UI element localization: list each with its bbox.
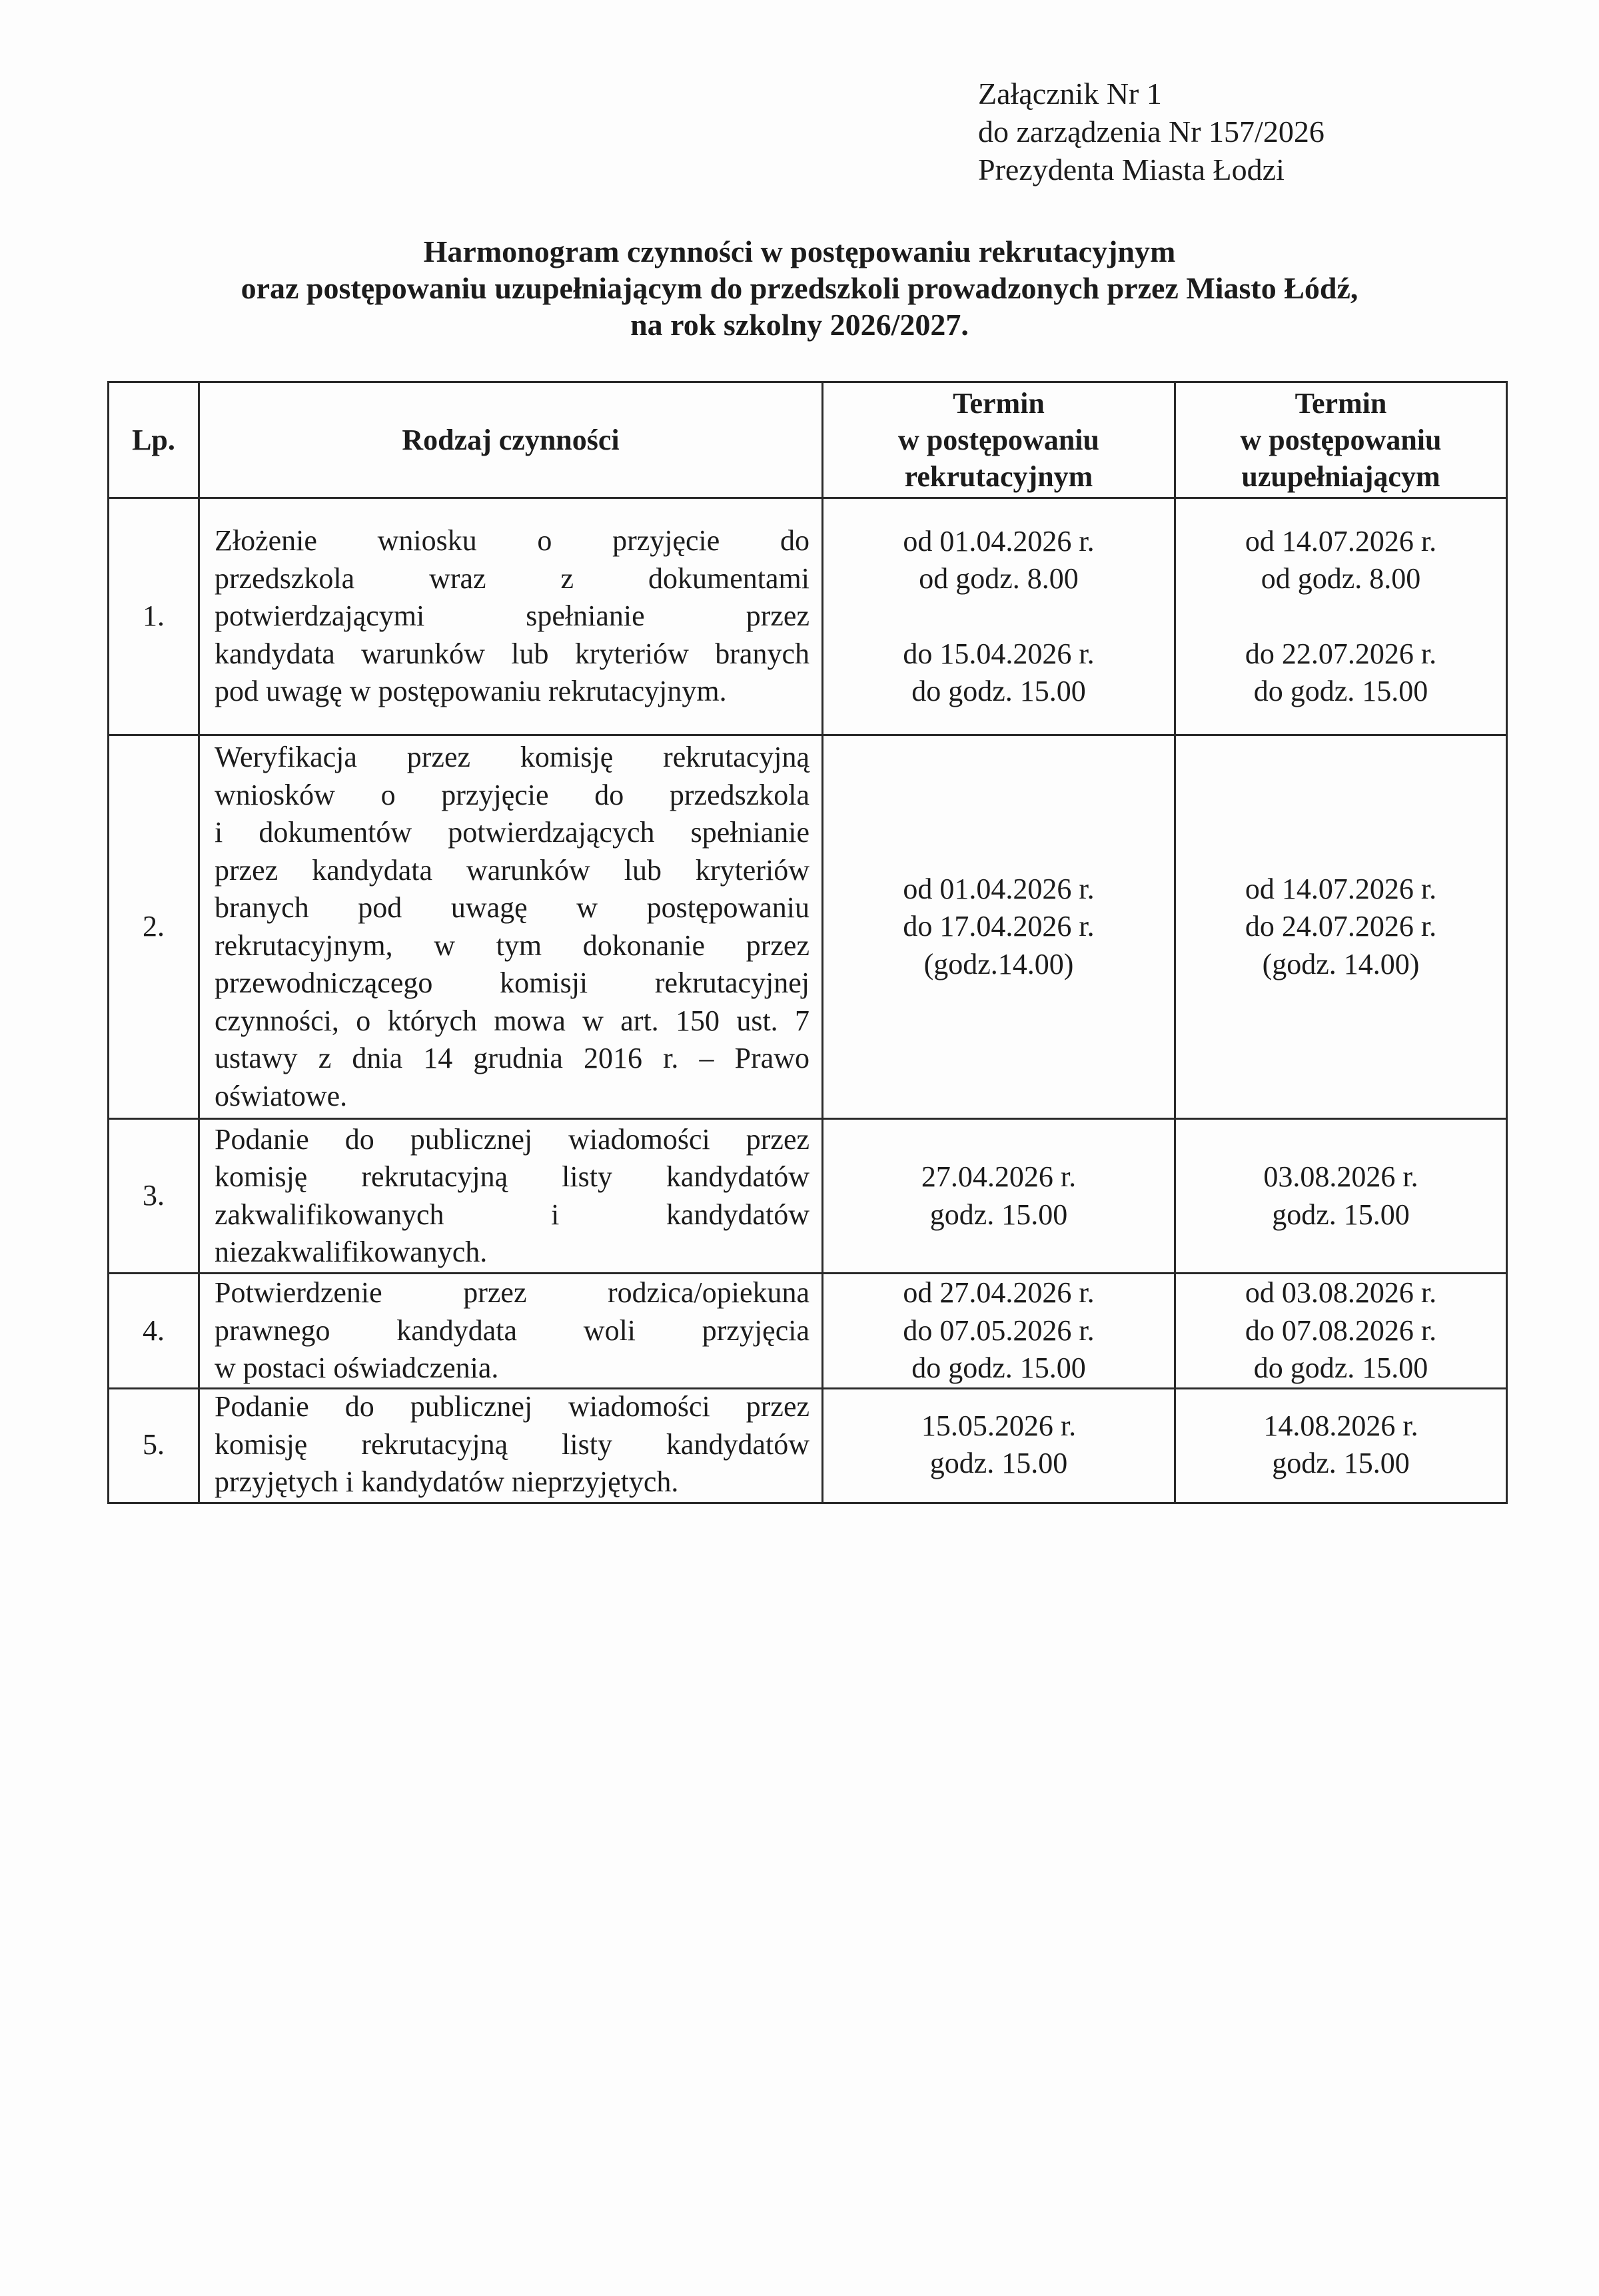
date-line: do 24.07.2026 r. xyxy=(1176,908,1506,946)
date-line: do 07.08.2026 r. xyxy=(1176,1312,1506,1350)
row-4-lp-cell: 4. xyxy=(109,1274,198,1387)
header-line: uzupełniającym xyxy=(1176,458,1506,495)
row-5-recruitment-cell: 15.05.2026 r.godz. 15.00 xyxy=(823,1389,1174,1500)
date-line: godz. 15.00 xyxy=(1176,1445,1506,1483)
row-1-lp-cell: 1. xyxy=(109,499,198,734)
activity-line: przedszkola wraz z dokumentami xyxy=(215,560,809,598)
date-line: od 01.04.2026 r. xyxy=(823,523,1174,561)
date-line: do 15.04.2026 r. xyxy=(823,635,1174,673)
date-line: do godz. 15.00 xyxy=(823,1349,1174,1387)
row-1-activity-cell: Złożenie wniosku o przyjęcie doprzedszko… xyxy=(200,499,821,734)
title-line: Harmonogram czynności w postępowaniu rek… xyxy=(0,233,1599,270)
date-line xyxy=(1176,598,1506,635)
row-number: 2. xyxy=(143,908,165,946)
row-2-activity-cell: Weryfikacja przez komisję rekrutacyjnąwn… xyxy=(200,736,821,1118)
title-line: oraz postępowaniu uzupełniającym do prze… xyxy=(0,270,1599,306)
annex-line: do zarządzenia Nr 157/2026 xyxy=(978,113,1325,151)
row-1-supplementary-cell: od 14.07.2026 r.od godz. 8.00do 22.07.20… xyxy=(1176,499,1506,734)
date-line: do godz. 15.00 xyxy=(1176,673,1506,711)
document-page: Załącznik Nr 1 do zarządzenia Nr 157/202… xyxy=(0,0,1599,2296)
activity-line: komisję rekrutacyjną listy kandydatów xyxy=(215,1158,809,1196)
date-line: do godz. 15.00 xyxy=(1176,1349,1506,1387)
row-number: 5. xyxy=(143,1426,165,1464)
activity-line: Złożenie wniosku o przyjęcie do xyxy=(215,522,809,560)
header-line: Termin xyxy=(1176,385,1506,422)
date-line: godz. 15.00 xyxy=(823,1445,1174,1483)
date-line: od 01.04.2026 r. xyxy=(823,871,1174,909)
header-activity: Rodzaj czynności xyxy=(200,383,821,497)
show-through-text xyxy=(573,180,601,212)
header-activity-label: Rodzaj czynności xyxy=(402,422,619,458)
row-4-recruitment-cell: od 27.04.2026 r.do 07.05.2026 r.do godz.… xyxy=(823,1274,1174,1387)
activity-line: kandydata warunków lub kryteriów branych xyxy=(215,635,809,673)
row-3-recruitment-cell: 27.04.2026 r.godz. 15.00 xyxy=(823,1120,1174,1272)
header-line: Termin xyxy=(823,385,1174,422)
activity-line: Weryfikacja przez komisję rekrutacyjną xyxy=(215,739,809,777)
activity-line: przyjętych i kandydatów nieprzyjętych. xyxy=(215,1463,809,1501)
date-line: (godz. 14.00) xyxy=(1176,946,1506,984)
date-line: od 27.04.2026 r. xyxy=(823,1274,1174,1312)
date-line: godz. 15.00 xyxy=(823,1196,1174,1234)
activity-line: oświatowe. xyxy=(215,1078,809,1116)
header-line: w postępowaniu xyxy=(1176,422,1506,458)
date-line: (godz.14.00) xyxy=(823,946,1174,984)
date-line: do 22.07.2026 r. xyxy=(1176,635,1506,673)
activity-line: zakwalifikowanych i kandydatów xyxy=(215,1196,809,1234)
activity-line: potwierdzającymi spełnianie przez xyxy=(215,597,809,635)
activity-line: przez kandydata warunków lub kryteriów xyxy=(215,852,809,890)
table-rule xyxy=(1506,381,1508,1504)
activity-line: wniosków o przyjęcie do przedszkola xyxy=(215,777,809,815)
row-1-recruitment-cell: od 01.04.2026 r.od godz. 8.00do 15.04.20… xyxy=(823,499,1174,734)
activity-line: Potwierdzenie przez rodzica/opiekuna xyxy=(215,1274,809,1312)
date-line: 27.04.2026 r. xyxy=(823,1158,1174,1196)
activity-line: Podanie do publicznej wiadomości przez xyxy=(215,1121,809,1159)
date-line: 14.08.2026 r. xyxy=(1176,1407,1506,1445)
date-line: od 14.07.2026 r. xyxy=(1176,871,1506,909)
header-lp: Lp. xyxy=(109,383,198,497)
activity-line: branych pod uwagę w postępowaniu xyxy=(215,889,809,927)
activity-line: i dokumentów potwierdzających spełnianie xyxy=(215,814,809,852)
row-2-supplementary-cell: od 14.07.2026 r.do 24.07.2026 r.(godz. 1… xyxy=(1176,736,1506,1118)
date-line: do godz. 15.00 xyxy=(823,673,1174,711)
annex-line: Prezydenta Miasta Łodzi xyxy=(978,151,1325,189)
date-line: od godz. 8.00 xyxy=(1176,560,1506,598)
row-number: 3. xyxy=(143,1177,165,1215)
table-rule xyxy=(107,1502,1508,1504)
row-2-lp-cell: 2. xyxy=(109,736,198,1118)
activity-line: ustawy z dnia 14 grudnia 2016 r. – Prawo xyxy=(215,1040,809,1078)
activity-line: komisję rekrutacyjną listy kandydatów xyxy=(215,1426,809,1464)
activity-line: czynności, o których mowa w art. 150 ust… xyxy=(215,1002,809,1040)
row-number: 4. xyxy=(143,1312,165,1350)
date-line: 15.05.2026 r. xyxy=(823,1407,1174,1445)
date-line: do 07.05.2026 r. xyxy=(823,1312,1174,1350)
row-5-activity-cell: Podanie do publicznej wiadomości przezko… xyxy=(200,1389,821,1500)
date-line: od godz. 8.00 xyxy=(823,560,1174,598)
date-line: od 03.08.2026 r. xyxy=(1176,1274,1506,1312)
date-line: godz. 15.00 xyxy=(1176,1196,1506,1234)
document-title: Harmonogram czynności w postępowaniu rek… xyxy=(0,233,1599,343)
date-line: do 17.04.2026 r. xyxy=(823,908,1174,946)
row-3-lp-cell: 3. xyxy=(109,1120,198,1272)
header-supplementary: Termin w postępowaniu uzupełniającym xyxy=(1176,383,1506,497)
activity-line: prawnego kandydata woli przyjęcia xyxy=(215,1312,809,1350)
row-4-activity-cell: Potwierdzenie przez rodzica/opiekunapraw… xyxy=(200,1274,821,1387)
activity-line: rekrutacyjnym, w tym dokonanie przez xyxy=(215,927,809,965)
activity-line: Podanie do publicznej wiadomości przez xyxy=(215,1388,809,1426)
header-line: w postępowaniu xyxy=(823,422,1174,458)
activity-line: pod uwagę w postępowaniu rekrutacyjnym. xyxy=(215,673,809,711)
title-line: na rok szkolny 2026/2027. xyxy=(0,306,1599,343)
header-lp-label: Lp. xyxy=(132,422,175,458)
row-2-recruitment-cell: od 01.04.2026 r.do 17.04.2026 r.(godz.14… xyxy=(823,736,1174,1118)
row-5-lp-cell: 5. xyxy=(109,1389,198,1500)
activity-line: niezakwalifikowanych. xyxy=(215,1234,809,1272)
row-5-supplementary-cell: 14.08.2026 r.godz. 15.00 xyxy=(1176,1389,1506,1500)
schedule-table: Lp. Rodzaj czynności Termin w postępowan… xyxy=(107,381,1508,1504)
header-recruitment: Termin w postępowaniu rekrutacyjnym xyxy=(823,383,1174,497)
header-line: rekrutacyjnym xyxy=(823,458,1174,495)
annex-line: Załącznik Nr 1 xyxy=(978,75,1325,113)
activity-line: w postaci oświadczenia. xyxy=(215,1349,809,1387)
row-number: 1. xyxy=(143,597,165,635)
activity-line: przewodniczącego komisji rekrutacyjnej xyxy=(215,964,809,1002)
row-3-activity-cell: Podanie do publicznej wiadomości przezko… xyxy=(200,1120,821,1272)
annex-reference: Załącznik Nr 1 do zarządzenia Nr 157/202… xyxy=(978,75,1325,189)
row-3-supplementary-cell: 03.08.2026 r.godz. 15.00 xyxy=(1176,1120,1506,1272)
date-line: od 14.07.2026 r. xyxy=(1176,523,1506,561)
date-line: 03.08.2026 r. xyxy=(1176,1158,1506,1196)
row-4-supplementary-cell: od 03.08.2026 r.do 07.08.2026 r.do godz.… xyxy=(1176,1274,1506,1387)
date-line xyxy=(823,598,1174,635)
